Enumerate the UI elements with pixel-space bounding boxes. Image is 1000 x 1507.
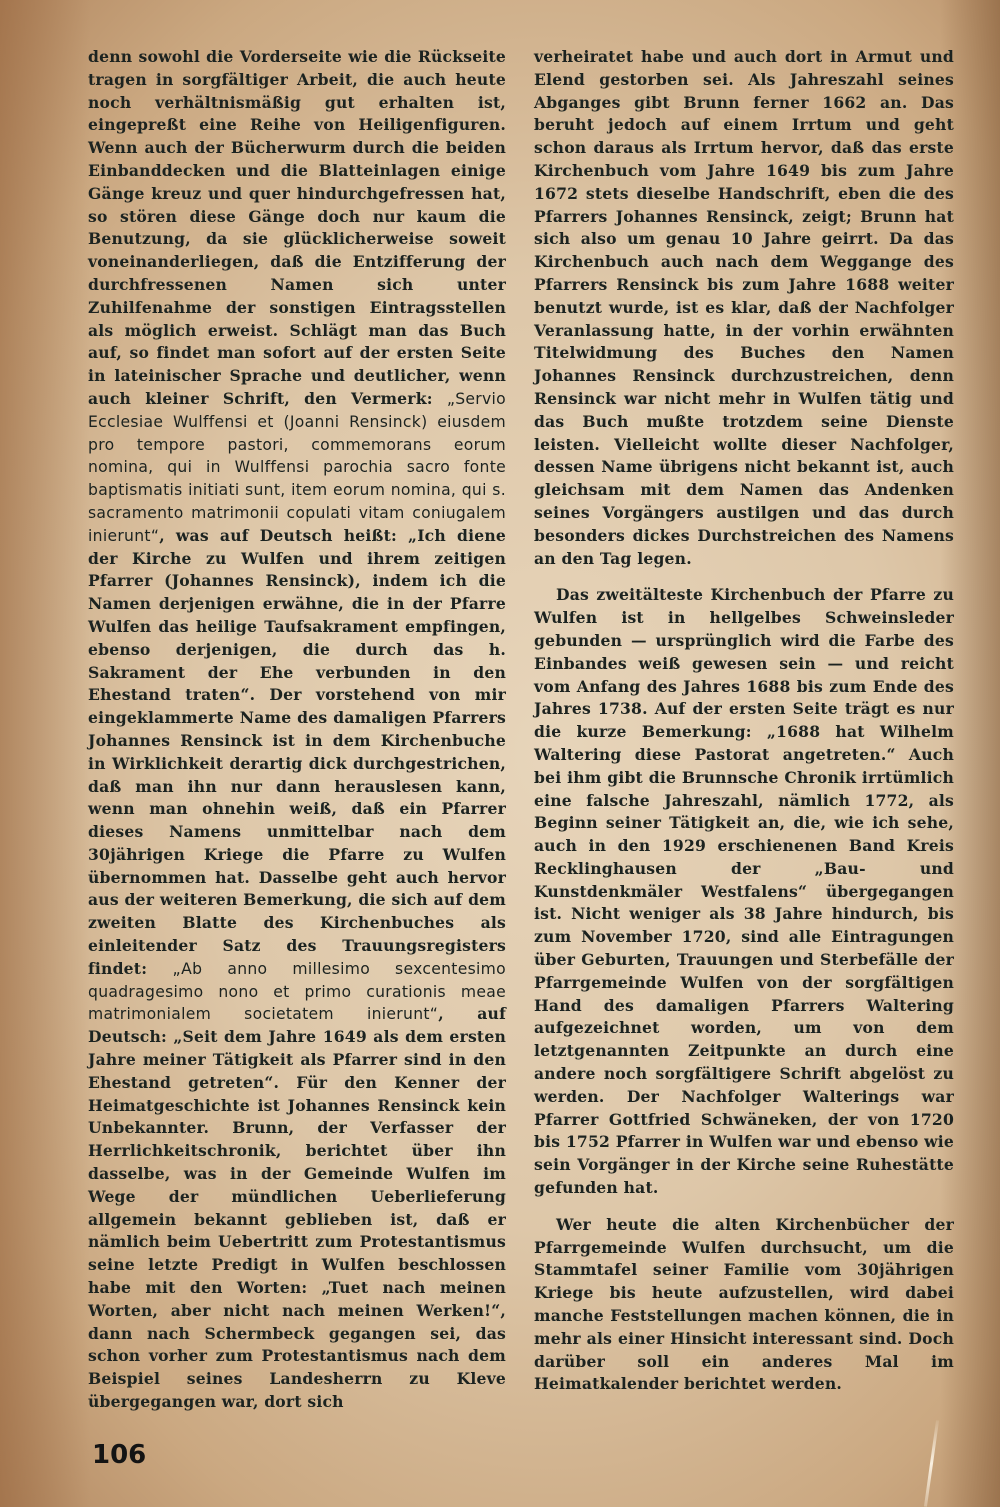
left-text-column: denn sowohl die Vorderseite wie die Rück… [88,46,506,1414]
text-segment-fraktur: denn sowohl die Vorderseite wie die Rück… [88,47,506,408]
paragraph: Das zweitälteste Kirchenbuch der Pfarre … [534,584,954,1200]
book-page: denn sowohl die Vorderseite wie die Rück… [0,0,1000,1507]
paragraph: verheiratet habe und auch dort in Armut … [534,46,954,570]
text-segment-fraktur: , was auf Deutsch heißt: „Ich diene der … [88,526,506,978]
right-text-column: verheiratet habe und auch dort in Armut … [534,46,954,1396]
text-segment-fraktur: , auf Deutsch: „Seit dem Jahre 1649 als … [88,1004,506,1411]
paper-crease [924,1420,939,1507]
paragraph: denn sowohl die Vorderseite wie die Rück… [88,46,506,1414]
paragraph: Wer heute die alten Kirchenbücher der Pf… [534,1214,954,1396]
latin-quotation: „Servio Ecclesiae Wulffensi et (Joanni R… [88,390,506,545]
page-number: 106 [92,1440,146,1470]
